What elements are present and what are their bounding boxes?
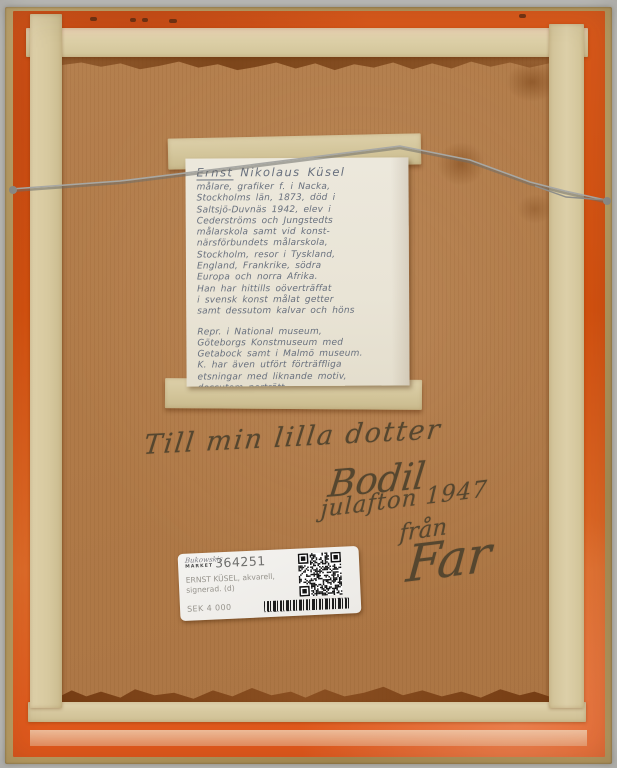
tape-strip-left <box>30 14 62 708</box>
nail-mark <box>519 14 526 18</box>
lot-number: 364251 <box>215 553 266 570</box>
stain-blob <box>437 142 485 186</box>
frame-paint-wash <box>30 730 587 746</box>
qr-code <box>298 552 343 597</box>
note-title: Ernst Nikolaus Küsel <box>196 164 402 179</box>
stain-blob <box>517 194 551 224</box>
nail-mark <box>90 17 97 21</box>
barcode <box>264 597 350 612</box>
lot-description: ERNST KÜSEL, akvarell, signerad. (d) <box>186 572 276 596</box>
nail-mark <box>130 18 136 22</box>
photo-back-of-framed-artwork: Ernst Nikolaus Küsel målare, grafiker f.… <box>0 0 617 768</box>
dedication-signature: Far <box>404 525 494 594</box>
tape-strip-top <box>26 28 588 57</box>
note-paper: Ernst Nikolaus Küsel målare, grafiker f.… <box>185 157 409 386</box>
nail-mark <box>169 19 177 23</box>
auction-label: Bukowskis MARKET 364251 ERNST KÜSEL, akv… <box>178 546 362 621</box>
tape-strip-right <box>549 24 584 708</box>
tape-strip-bottom <box>28 702 586 722</box>
nail-mark <box>142 18 148 22</box>
stain-blob <box>506 62 551 102</box>
estimate-price: SEK 4 000 <box>187 603 232 614</box>
